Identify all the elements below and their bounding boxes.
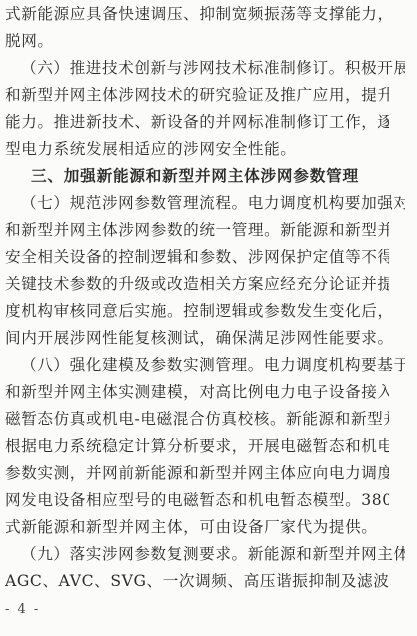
section-paragraph-7: （七）规范涉网参数管理流程。电力调度机构要加强对新能源 xyxy=(21,193,405,213)
section-heading-3: 三、加强新能源和新型并网主体涉网参数管理 xyxy=(31,166,415,186)
text-line: 根据电力系统稳定计算分析要求，开展电磁暂态和机电暂态建模及 xyxy=(5,436,389,456)
text-line: 式新能源应具备快速调压、抑制宽频振荡等支撑能力，防止大规模 xyxy=(5,4,389,24)
text-line: 间内开展涉网性能复核测试，确保满足涉网性能要求。 xyxy=(5,328,389,348)
text-line: 式新能源和新型并网主体，可由设备厂家代为提供。 xyxy=(5,517,389,537)
section-paragraph-8: （八）强化建模及参数实测管理。电力调度机构要基于新能源 xyxy=(21,355,405,375)
document-page: 式新能源应具备快速调压、抑制宽频振荡等支撑能力，防止大规模 脱网。 （六）推进技… xyxy=(0,0,417,636)
text-line: 安全相关设备的控制逻辑和参数、涉网保护定值等不得擅自调整， xyxy=(5,247,389,267)
text-line: 参数实测，并网前新能源和新型并网主体应向电力调度机构提供并 xyxy=(5,463,389,483)
text-line: 脱网。 xyxy=(5,31,389,51)
text-line: 和新型并网主体涉网技术的研究验证及推广应用，提升其安全替代 xyxy=(5,85,389,105)
text-line: 磁暂态仿真或机电-电磁混合仿真校核。新能源和新型并网主体要 xyxy=(5,409,389,429)
text-line: 型电力系统发展相适应的涉网安全性能。 xyxy=(5,139,389,159)
text-line: 网发电设备相应型号的电磁暂态和机电暂态模型。380/220V 分布 xyxy=(5,490,389,510)
text-line: 关键技术参数的升级或改造相关方案应经充分论证并提交电力调 xyxy=(5,274,389,294)
section-paragraph-9: （九）落实涉网参数复测要求。新能源和新型并网主体的 xyxy=(21,544,405,564)
text-line: 度机构审核同意后实施。控制逻辑或参数发生变化后，应在规定时 xyxy=(5,301,389,321)
text-line: 能力。推进新技术、新设备的并网标准制修订工作，逐步构建与新 xyxy=(5,112,389,132)
page-number: - 4 - xyxy=(5,602,40,617)
text-line: 和新型并网主体实测建模，对高比例电力电子设备接入电网开展电 xyxy=(5,382,389,402)
text-line: AGC、AVC、SVG、一次调频、高压谐振抑制及滤波装置等涉网 xyxy=(5,571,389,591)
text-line: 和新型并网主体涉网参数的统一管理。新能源和新型并网主体涉网 xyxy=(5,220,389,240)
section-paragraph-6: （六）推进技术创新与涉网技术标准制修订。积极开展新能源 xyxy=(21,58,405,78)
